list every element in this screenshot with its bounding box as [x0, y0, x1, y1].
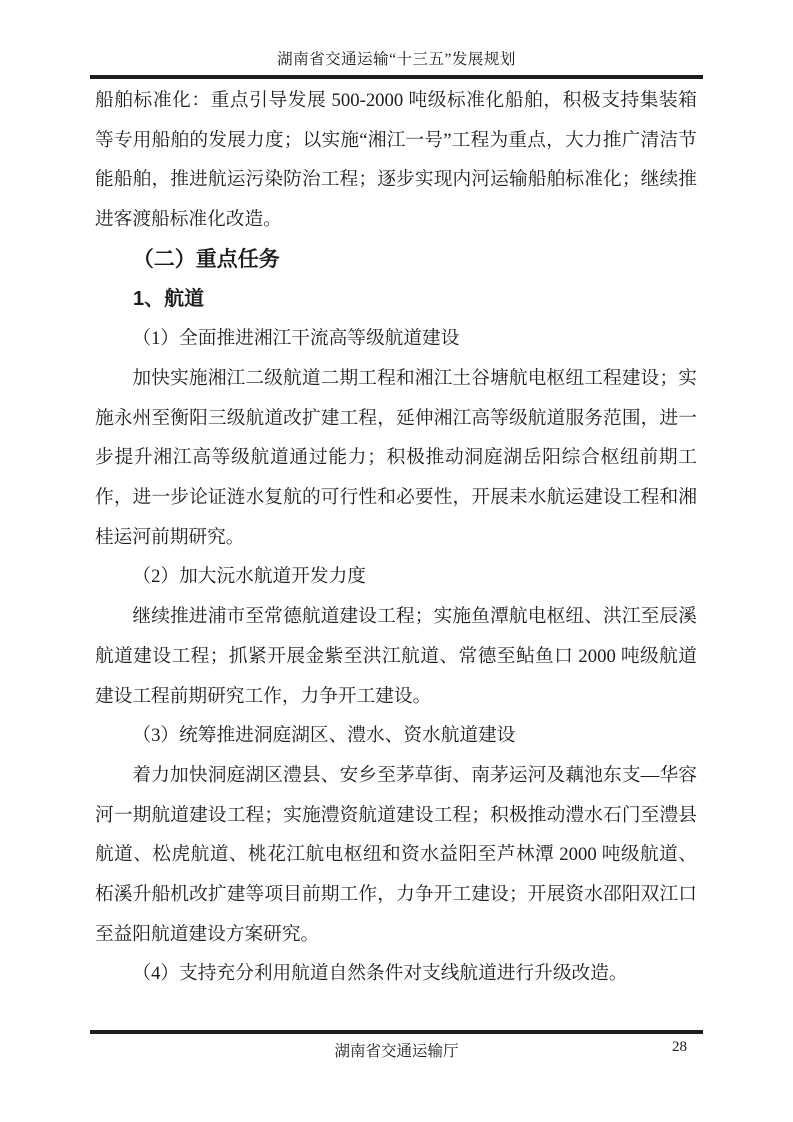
item-2-title: （2）加大沅水航道开发力度 [95, 557, 697, 597]
header-rule [90, 75, 703, 79]
heading-waterways: 1、航道 [95, 280, 697, 320]
paragraph-ship-standardization: 船舶标准化：重点引导发展 500-2000 吨级标准化船舶，积极支持集装箱等专用… [95, 81, 697, 240]
heading-key-tasks: （二）重点任务 [95, 240, 697, 280]
header-title: 湖南省交通运输“十三五”发展规划 [90, 47, 703, 69]
document-body: 船舶标准化：重点引导发展 500-2000 吨级标准化船舶，积极支持集装箱等专用… [95, 81, 697, 994]
item-4-title: （4）支持充分利用航道自然条件对支线航道进行升级改造。 [95, 954, 697, 994]
item-3-body: 着力加快洞庭湖区澧县、安乡至茅草街、南茅运河及藕池东支—华容河一期航道建设工程；… [95, 756, 697, 955]
page-number: 28 [672, 1039, 687, 1056]
document-page: 湖南省交通运输“十三五”发展规划 船舶标准化：重点引导发展 500-2000 吨… [0, 0, 793, 1122]
footer-organization: 湖南省交通运输厅 [90, 1039, 703, 1061]
item-2-body: 继续推进浦市至常德航道建设工程；实施鱼潭航电枢纽、洪江至辰溪航道建设工程；抓紧开… [95, 597, 697, 716]
item-1-body: 加快实施湘江二级航道二期工程和湘江土谷塘航电枢纽工程建设；实施永州至衡阳三级航道… [95, 359, 697, 558]
footer-rule [90, 1030, 703, 1034]
item-1-title: （1）全面推进湘江干流高等级航道建设 [95, 319, 697, 359]
item-3-title: （3）统筹推进洞庭湖区、澧水、资水航道建设 [95, 716, 697, 756]
